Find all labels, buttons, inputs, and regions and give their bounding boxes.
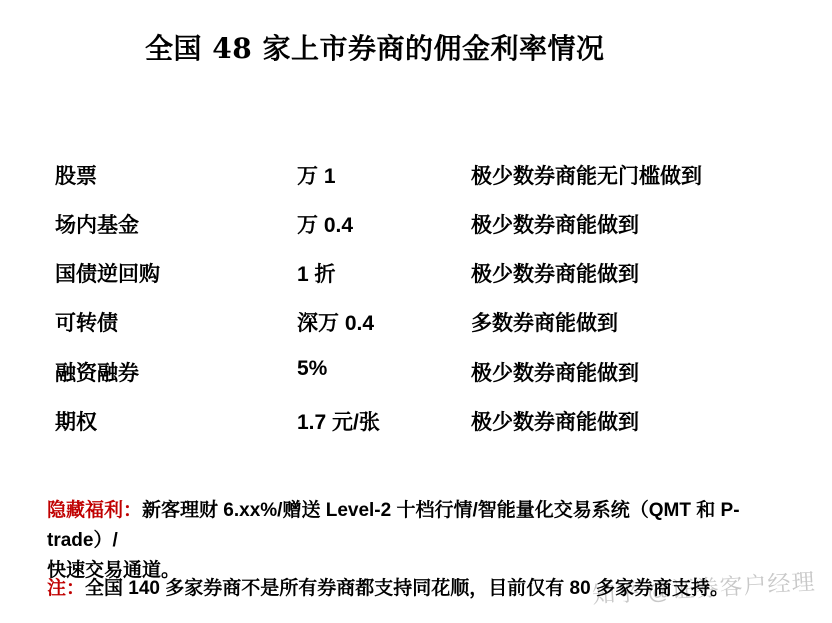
page-title: 全国 48 家上市券商的佣金利率情况 [145,27,604,67]
product-label: 融资融券 [55,357,139,387]
rate-value: 万 1 [297,160,336,190]
product-label: 场内基金 [55,209,139,239]
product-label: 可转债 [55,307,118,337]
availability-note: 极少数券商能做到 [471,357,639,387]
rate-value: 1.7 元/张 [297,406,380,436]
rate-value: 深万 0.4 [297,307,374,337]
table-row: 场内基金 万 0.4 极少数券商能做到 [0,209,832,235]
rate-value: 1 折 [297,258,336,288]
table-row: 国债逆回购 1 折 极少数券商能做到 [0,258,832,284]
table-row: 期权 1.7 元/张 极少数券商能做到 [0,406,832,432]
table-row: 可转债 深万 0.4 多数券商能做到 [0,307,832,333]
product-label: 股票 [55,160,97,190]
hidden-benefits-label: 隐藏福利： [47,500,142,521]
slide-page: 全国 48 家上市券商的佣金利率情况 股票 万 1 极少数券商能无门槛做到 场内… [0,0,832,623]
footnote-text: 全国 140 多家券商不是所有券商都支持同花顺，目前仅有 80 多家券商支持。 [85,578,729,599]
availability-note: 极少数券商能做到 [471,209,639,239]
hidden-benefits-text-line1: 新客理财 6.xx%/赠送 Level-2 十档行情/智能量化交易系统（QMT … [47,500,740,551]
footnote-label: 注： [47,578,85,599]
availability-note: 多数券商能做到 [471,307,618,337]
product-label: 期权 [55,406,97,436]
availability-note: 极少数券商能无门槛做到 [471,160,702,190]
rate-value: 5% [297,357,327,381]
product-label: 国债逆回购 [55,258,160,288]
footnote: 注：全国 140 多家券商不是所有券商都支持同花顺，目前仅有 80 多家券商支持… [47,573,787,600]
availability-note: 极少数券商能做到 [471,258,639,288]
table-row: 融资融券 5% 极少数券商能做到 [0,357,832,383]
table-row: 股票 万 1 极少数券商能无门槛做到 [0,160,832,186]
rate-value: 万 0.4 [297,209,353,239]
availability-note: 极少数券商能做到 [471,406,639,436]
